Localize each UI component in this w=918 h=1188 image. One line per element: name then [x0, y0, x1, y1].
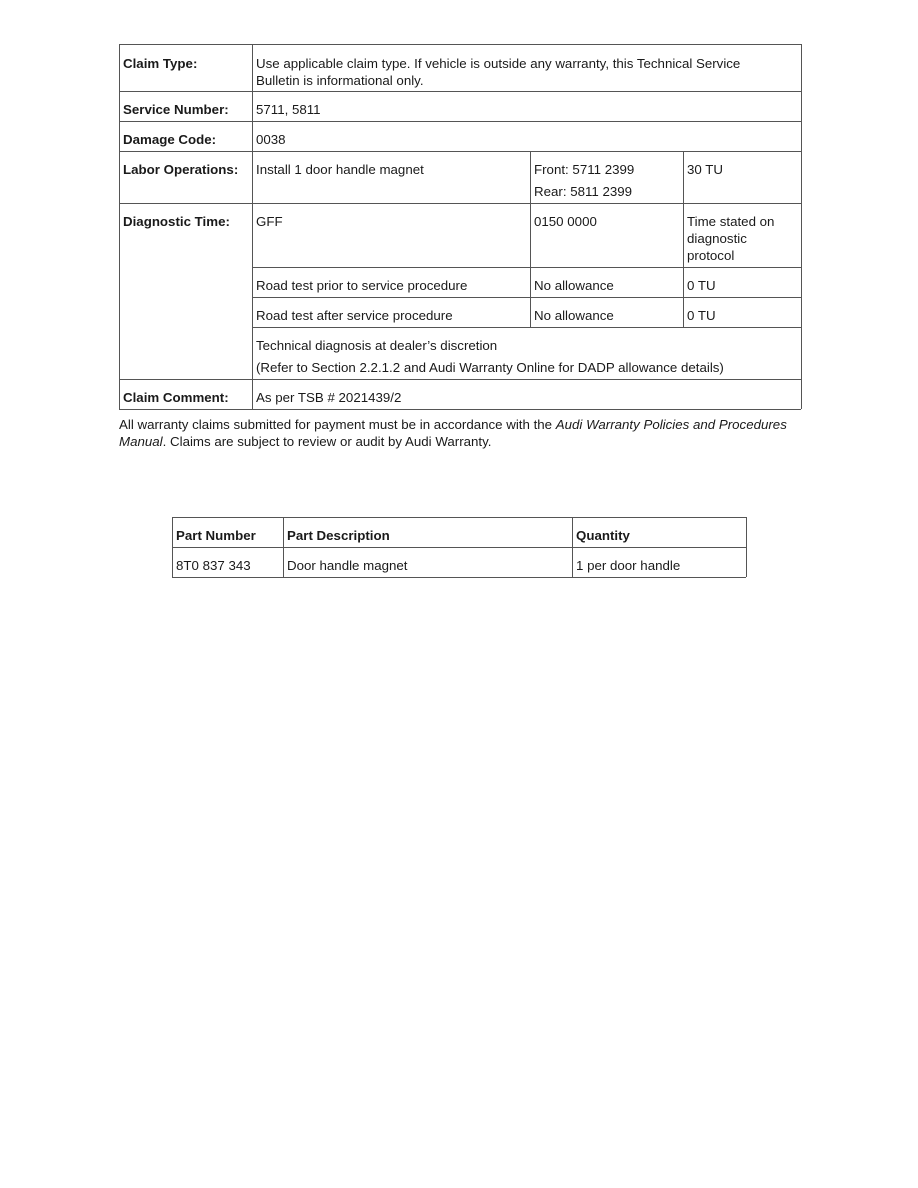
part-description-cell: Door handle magnet [287, 557, 408, 574]
column-header-part-number: Part Number [176, 527, 256, 544]
diagnostic-row-time: 0 TU [687, 307, 716, 324]
labor-operation-rear: Rear: 5811 2399 [534, 183, 632, 200]
damage-code-value: 0038 [256, 131, 286, 148]
part-number-cell: 8T0 837 343 [176, 557, 251, 574]
warranty-note: All warranty claims submitted for paymen… [119, 416, 809, 450]
diagnostic-row-code: No allowance [534, 277, 614, 294]
warranty-note-text: All warranty claims submitted for paymen… [119, 417, 556, 432]
warranty-note-text: . Claims are subject to review or audit … [163, 434, 492, 449]
column-header-part-description: Part Description [287, 527, 390, 544]
claim-type-text: Use applicable claim type. If vehicle is… [256, 55, 740, 72]
labor-operation-front: Front: 5711 2399 [534, 161, 634, 178]
technical-diagnosis-reference: (Refer to Section 2.2.1.2 and Audi Warra… [256, 359, 724, 376]
technical-diagnosis-text: Technical diagnosis at dealer’s discreti… [256, 337, 497, 354]
diagnostic-time-label: Diagnostic Time: [123, 213, 230, 230]
diagnostic-row-time: protocol [687, 247, 734, 264]
quantity-cell: 1 per door handle [576, 557, 680, 574]
diagnostic-row-time: diagnostic [687, 230, 747, 247]
column-header-quantity: Quantity [576, 527, 630, 544]
diagnostic-row-code: 0150 0000 [534, 213, 597, 230]
diagnostic-row-code: No allowance [534, 307, 614, 324]
labor-operation-time: 30 TU [687, 161, 723, 178]
labor-operations-label: Labor Operations: [123, 161, 238, 178]
diagnostic-row-description: Road test prior to service procedure [256, 277, 467, 294]
service-number-label: Service Number: [123, 101, 229, 118]
diagnostic-row-description: GFF [256, 213, 283, 230]
claim-type-text: Bulletin is informational only. [256, 72, 424, 89]
labor-operation-description: Install 1 door handle magnet [256, 161, 424, 178]
claim-type-label: Claim Type: [123, 55, 197, 72]
claim-comment-label: Claim Comment: [123, 389, 229, 406]
diagnostic-row-description: Road test after service procedure [256, 307, 453, 324]
damage-code-label: Damage Code: [123, 131, 216, 148]
diagnostic-row-time: 0 TU [687, 277, 716, 294]
service-number-value: 5711, 5811 [256, 101, 321, 118]
diagnostic-row-time: Time stated on [687, 213, 774, 230]
claim-comment-value: As per TSB # 2021439/2 [256, 389, 401, 406]
